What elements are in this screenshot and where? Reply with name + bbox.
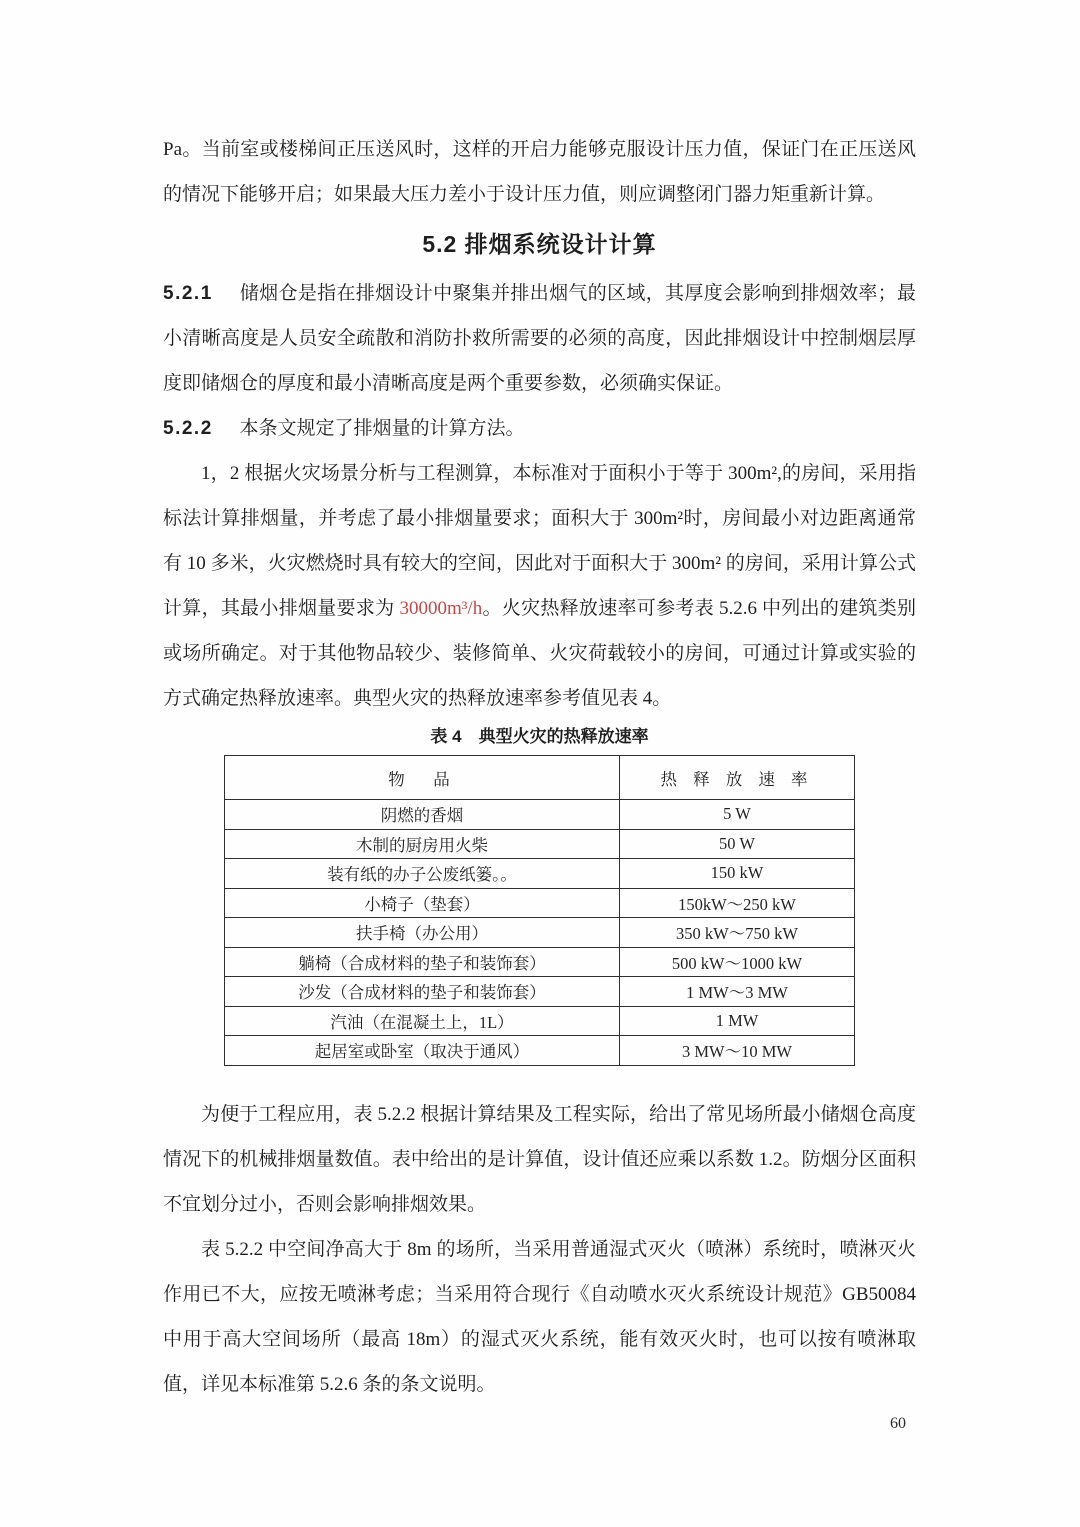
- sprinkler-text: 表 5.2.2 中空间净高大于 8m 的场所，当采用普通湿式灭火（喷淋）系统时，…: [163, 1239, 916, 1395]
- table-body: 阴燃的香烟 5 W 木制的厨房用火柴 50 W 装有纸的办子公废纸篓。。 150…: [225, 800, 855, 1066]
- table-cell-item: 小椅子（垫套）: [225, 888, 620, 918]
- section-title: 5.2 排烟系统设计计算: [163, 225, 916, 263]
- table-row: 沙发（合成材料的垫子和装饰套） 1 MW～3 MW: [225, 977, 855, 1007]
- table-cell-rate: 150kW～250 kW: [620, 888, 855, 918]
- engineering-paragraph: 为便于工程应用，表 5.2.2 根据计算结果及工程实际，给出了常见场所最小储烟仓…: [163, 1092, 916, 1227]
- clause-5-2-2-label: 5.2.2: [163, 418, 213, 439]
- clause-5-2-1-label: 5.2.1: [163, 283, 213, 304]
- table-cell-item: 汽油（在混凝土上，1L）: [225, 1006, 620, 1036]
- table-caption-text: 表 4 典型火灾的热释放速率: [430, 727, 648, 746]
- calc-text-before: 1，2 根据火灾场景分析与工程测算，本标准对于面积小于等于 300m²,的房间，…: [163, 463, 916, 619]
- table-header-item: 物 品: [225, 756, 620, 800]
- table-cell-rate: 50 W: [620, 829, 855, 859]
- table-cell-item: 装有纸的办子公废纸篓。。: [225, 859, 620, 889]
- page-number: 60: [163, 1409, 916, 1439]
- table-row: 躺椅（合成材料的垫子和装饰套） 500 kW～1000 kW: [225, 947, 855, 977]
- sprinkler-paragraph: 表 5.2.2 中空间净高大于 8m 的场所，当采用普通湿式灭火（喷淋）系统时，…: [163, 1227, 916, 1407]
- table-header-rate: 热 释 放 速 率: [620, 756, 855, 800]
- table-cell-rate: 1 MW: [620, 1006, 855, 1036]
- table-cell-rate: 1 MW～3 MW: [620, 977, 855, 1007]
- intro-paragraph: Pa。当前室或楼梯间正压送风时，这样的开启力能够克服设计压力值，保证门在正压送风…: [163, 127, 916, 217]
- clause-5-2-1: 5.2.1 储烟仓是指在排烟设计中聚集并排出烟气的区域，其厚度会影响到排烟效率；…: [163, 271, 916, 406]
- clause-5-2-1-text: 储烟仓是指在排烟设计中聚集并排出烟气的区域，其厚度会影响到排烟效率；最小清晰高度…: [163, 283, 916, 394]
- table-row: 小椅子（垫套） 150kW～250 kW: [225, 888, 855, 918]
- page-number-text: 60: [890, 1415, 906, 1432]
- calculation-paragraph: 1，2 根据火灾场景分析与工程测算，本标准对于面积小于等于 300m²,的房间，…: [163, 451, 916, 721]
- table-cell-item: 躺椅（合成材料的垫子和装饰套）: [225, 947, 620, 977]
- table-row: 起居室或卧室（取决于通风） 3 MW～10 MW: [225, 1036, 855, 1066]
- heat-release-rate-table: 物 品 热 释 放 速 率 阴燃的香烟 5 W 木制的厨房用火柴 50 W 装有…: [224, 755, 855, 1066]
- document-page: Pa。当前室或楼梯间正压送风时，这样的开启力能够克服设计压力值，保证门在正压送风…: [0, 0, 1080, 1527]
- table-cell-rate: 350 kW～750 kW: [620, 918, 855, 948]
- clause-5-2-2-text: 本条文规定了排烟量的计算方法。: [240, 418, 525, 439]
- table-cell-item: 起居室或卧室（取决于通风）: [225, 1036, 620, 1066]
- table-row: 汽油（在混凝土上，1L） 1 MW: [225, 1006, 855, 1036]
- section-title-text: 5.2 排烟系统设计计算: [422, 231, 656, 257]
- table-caption: 表 4 典型火灾的热释放速率: [163, 723, 916, 751]
- table-cell-rate: 500 kW～1000 kW: [620, 947, 855, 977]
- table-cell-item: 木制的厨房用火柴: [225, 829, 620, 859]
- intro-text: Pa。当前室或楼梯间正压送风时，这样的开启力能够克服设计压力值，保证门在正压送风…: [163, 139, 916, 205]
- engineering-text: 为便于工程应用，表 5.2.2 根据计算结果及工程实际，给出了常见场所最小储烟仓…: [163, 1104, 916, 1215]
- table-row: 扶手椅（办公用） 350 kW～750 kW: [225, 918, 855, 948]
- table-row: 木制的厨房用火柴 50 W: [225, 829, 855, 859]
- table-row: 阴燃的香烟 5 W: [225, 800, 855, 830]
- table-cell-rate: 5 W: [620, 800, 855, 830]
- table-cell-item: 沙发（合成材料的垫子和装饰套）: [225, 977, 620, 1007]
- table-cell-item: 扶手椅（办公用）: [225, 918, 620, 948]
- min-exhaust-value-highlight: 30000m³/h: [399, 598, 482, 619]
- table-row: 装有纸的办子公废纸篓。。 150 kW: [225, 859, 855, 889]
- table-cell-rate: 150 kW: [620, 859, 855, 889]
- table-cell-rate: 3 MW～10 MW: [620, 1036, 855, 1066]
- clause-5-2-2: 5.2.2 本条文规定了排烟量的计算方法。: [163, 406, 916, 451]
- table-header-row: 物 品 热 释 放 速 率: [225, 756, 855, 800]
- table-cell-item: 阴燃的香烟: [225, 800, 620, 830]
